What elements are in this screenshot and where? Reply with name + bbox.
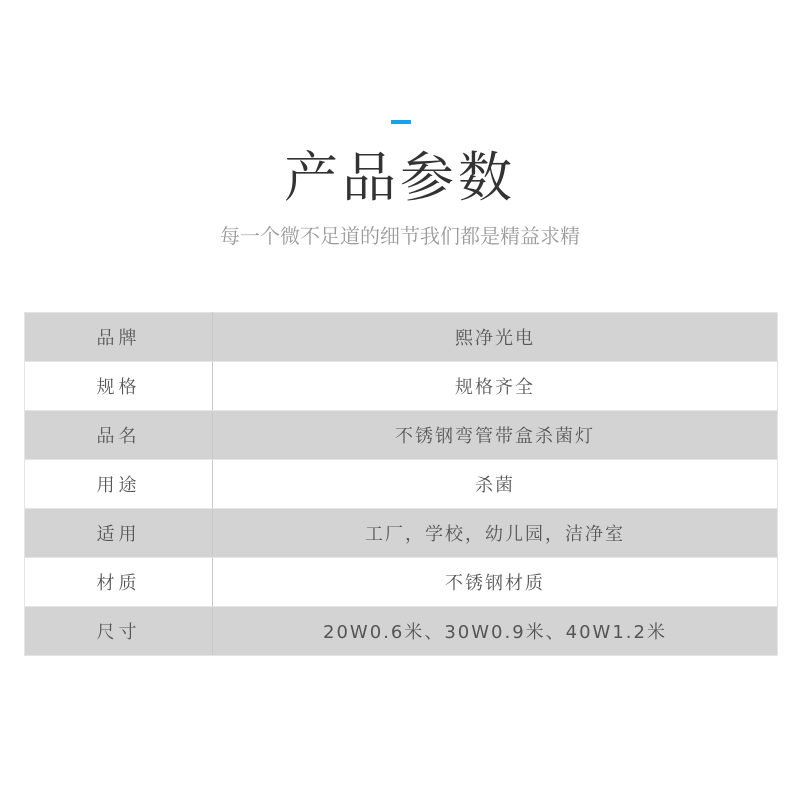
spec-value: 20W0.6米、30W0.9米、40W1.2米 bbox=[213, 607, 778, 656]
spec-value: 不锈钢弯管带盒杀菌灯 bbox=[213, 411, 778, 460]
spec-label: 品牌 bbox=[25, 313, 213, 362]
spec-label: 材质 bbox=[25, 558, 213, 607]
table-row: 规格 规格齐全 bbox=[25, 362, 778, 411]
spec-label: 适用 bbox=[25, 509, 213, 558]
table-row: 品名 不锈钢弯管带盒杀菌灯 bbox=[25, 411, 778, 460]
spec-label: 规格 bbox=[25, 362, 213, 411]
table-row: 用途 杀菌 bbox=[25, 460, 778, 509]
spec-table: 品牌 熙净光电 规格 规格齐全 品名 不锈钢弯管带盒杀菌灯 用途 杀菌 适用 工… bbox=[24, 312, 778, 656]
spec-value: 熙净光电 bbox=[213, 313, 778, 362]
spec-value: 工厂，学校，幼儿园，洁净室 bbox=[213, 509, 778, 558]
accent-bar bbox=[391, 120, 411, 124]
page-title: 产品参数 bbox=[0, 146, 800, 210]
spec-label: 尺寸 bbox=[25, 607, 213, 656]
table-row: 适用 工厂，学校，幼儿园，洁净室 bbox=[25, 509, 778, 558]
spec-value: 杀菌 bbox=[213, 460, 778, 509]
page-subtitle: 每一个微不足道的细节我们都是精益求精 bbox=[0, 222, 800, 250]
table-row: 品牌 熙净光电 bbox=[25, 313, 778, 362]
table-row: 尺寸 20W0.6米、30W0.9米、40W1.2米 bbox=[25, 607, 778, 656]
spec-value: 规格齐全 bbox=[213, 362, 778, 411]
spec-value: 不锈钢材质 bbox=[213, 558, 778, 607]
spec-label: 用途 bbox=[25, 460, 213, 509]
spec-label: 品名 bbox=[25, 411, 213, 460]
table-row: 材质 不锈钢材质 bbox=[25, 558, 778, 607]
